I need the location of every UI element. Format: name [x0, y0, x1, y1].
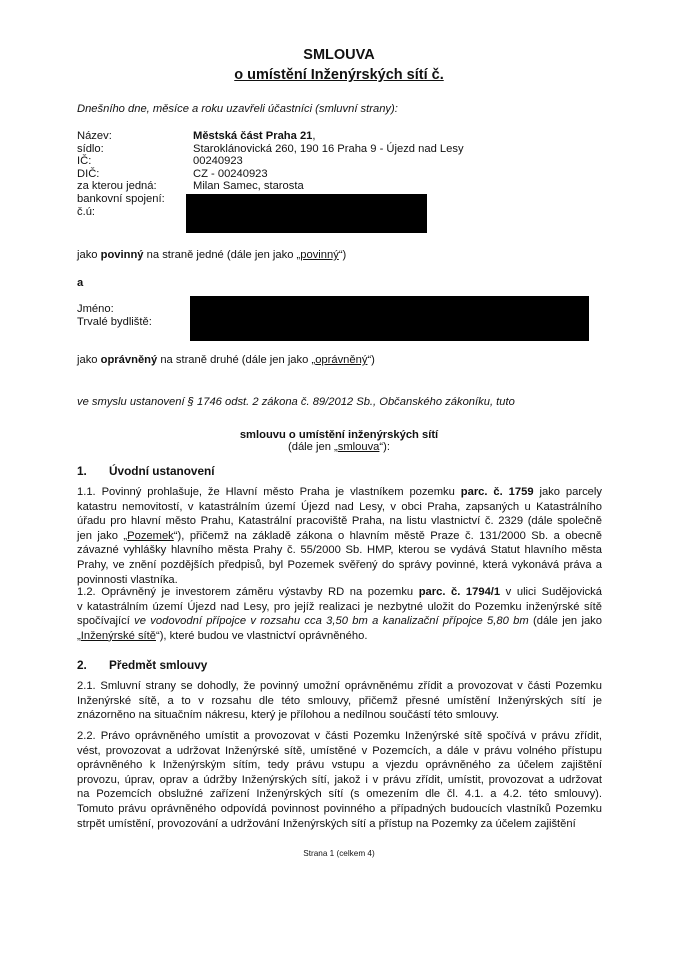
text-run: 2.1. Smluvní strany se dohodly, že povin…: [77, 680, 602, 692]
party1-dic: CZ - 00240923: [193, 168, 268, 181]
role-prefix: jako: [77, 249, 101, 261]
paragraph-line: 2.2. Právo oprávněného umístit a provozo…: [77, 729, 602, 744]
text-run: katastru nemovitostí, v katastrálním úze…: [77, 501, 602, 513]
role-bold: povinný: [101, 249, 144, 261]
text-run: 1.1. Povinný prohlašuje, že Hlavní město…: [77, 486, 461, 498]
section-2-heading: 2.Předmět smlouvy: [77, 658, 207, 672]
paragraph-line: úřadu pro hlavní město Prahu, Katastráln…: [77, 514, 602, 529]
text-run: provozu, úprav, oprav a údržby Inženýrsk…: [77, 774, 602, 786]
text-run: “), které budou ve vlastnictví oprávněné…: [156, 630, 367, 642]
text-run: Tomuto právu oprávněného odpovídá povinn…: [77, 803, 602, 815]
section-1-heading: 1.Úvodní ustanovení: [77, 464, 215, 478]
bold-run: parc. č. 1759: [461, 486, 534, 498]
alias-prefix: (dále jen „: [288, 441, 338, 453]
paragraph-line: „Inženýrské sítě“), které budou ve vlast…: [77, 629, 602, 644]
paragraph-line: Inženýrské sítě, a to v rozsahu dle této…: [77, 694, 602, 709]
document-page: SMLOUVA o umístění Inženýrských sítí č. …: [0, 0, 678, 960]
role-middle: na straně druhé (dále jen jako „: [157, 354, 315, 366]
party1-name: Městská část Praha 21: [193, 130, 312, 142]
section-title: Předmět smlouvy: [109, 658, 207, 672]
text-run: spočívající: [77, 615, 134, 627]
party2-role: jako oprávněný na straně druhé (dále jen…: [77, 354, 375, 367]
role-suffix: “): [339, 249, 346, 261]
party1-ic: 00240923: [193, 155, 243, 168]
role-middle: na straně jedné (dále jen jako „: [144, 249, 301, 261]
role-alias: povinný: [300, 249, 339, 261]
party1-label-seat: sídlo:: [77, 143, 104, 156]
text-run: jako parcely: [534, 486, 602, 498]
defined-term: Inženýrské sítě: [81, 630, 156, 642]
paragraph-line: jen jako „Pozemek“), přičemž na základě …: [77, 529, 602, 544]
party1-role: jako povinný na straně jedné (dále jen j…: [77, 249, 346, 262]
text-run: jen jako „: [77, 530, 127, 542]
role-prefix: jako: [77, 354, 101, 366]
text-run: na Pozemcích obslužné zařízení Inženýrsk…: [77, 788, 602, 800]
alias-suffix: “):: [379, 441, 390, 453]
text-run: úřadu pro hlavní město Prahu, Katastráln…: [77, 515, 602, 527]
paragraph-2-2: 2.2. Právo oprávněného umístit a provozo…: [77, 729, 602, 831]
italic-run: ve vodovodní přípojce v rozsahu cca 3,50…: [134, 615, 529, 627]
paragraph-2-1: 2.1. Smluvní strany se dohodly, že povin…: [77, 679, 602, 723]
role-alias: oprávněný: [315, 354, 367, 366]
paragraph-1-2: 1.2. Oprávněný je investorem záměru výst…: [77, 585, 602, 643]
party1-representative: Milan Samec, starosta: [193, 180, 304, 193]
bold-run: parc. č. 1794/1: [419, 586, 500, 598]
role-suffix: “): [367, 354, 374, 366]
text-run: (dále jen jako: [529, 615, 602, 627]
party1-label-account: č.ú:: [77, 206, 95, 219]
party1-name-value: Městská část Praha 21,: [193, 130, 316, 143]
paragraph-line: v katastrálním území Újezd nad Lesy, pro…: [77, 600, 602, 615]
intro-text: Dnešního dne, měsíce a roku uzavřeli úča…: [77, 103, 398, 116]
paragraph-line: 1.2. Oprávněný je investorem záměru výst…: [77, 585, 602, 600]
party1-name-suffix: ,: [312, 130, 315, 142]
paragraph-line: Prahy, ve znění pozdějších předpisů, byl…: [77, 558, 602, 573]
paragraph-line: oprávněného k Inženýrským sítím, tedy pr…: [77, 758, 602, 773]
text-run: v ulici Sudějovická: [500, 586, 602, 598]
paragraph-line: spočívající ve vodovodní přípojce v rozs…: [77, 614, 602, 629]
document-title: SMLOUVA: [0, 47, 678, 63]
defined-term: Pozemek: [127, 530, 174, 542]
paragraph-line: závazné vyhlášky hlavního města Prahy č.…: [77, 543, 602, 558]
paragraph-line: vést, provozovat a udržovat Inženýrské s…: [77, 744, 602, 759]
redaction-bank-details: [186, 194, 427, 233]
text-run: v katastrálním území Újezd nad Lesy, pro…: [77, 601, 602, 613]
document-subtitle: o umístění Inženýrských sítí č.: [0, 67, 678, 83]
redaction-party2-details: [190, 296, 589, 341]
party1-label-dic: DIČ:: [77, 168, 99, 181]
paragraph-line: katastru nemovitostí, v katastrálním úze…: [77, 500, 602, 515]
party1-label-ic: IČ:: [77, 155, 91, 168]
role-bold: oprávněný: [101, 354, 158, 366]
paragraph-line: strpět umístění, provozování a udržování…: [77, 817, 602, 832]
section-title: Úvodní ustanovení: [109, 464, 215, 478]
paragraph-line: Tomuto právu oprávněného odpovídá povinn…: [77, 802, 602, 817]
section-number: 2.: [77, 658, 109, 672]
section-number: 1.: [77, 464, 109, 478]
page-footer: Strana 1 (celkem 4): [0, 849, 678, 858]
party2-label-name: Jméno:: [77, 303, 114, 316]
party1-label-name: Název:: [77, 130, 112, 143]
text-run: Inženýrské sítě, a to v rozsahu dle této…: [77, 695, 602, 707]
party1-label-representative: za kterou jedná:: [77, 180, 157, 193]
legal-basis: ve smyslu ustanovení § 1746 odst. 2 záko…: [77, 396, 515, 409]
text-run: znázorněno na situačním nákresu, který j…: [77, 709, 499, 721]
text-run: povinnosti vlastníka.: [77, 574, 178, 586]
paragraph-line: 1.1. Povinný prohlašuje, že Hlavní město…: [77, 485, 602, 500]
paragraph-line: 2.1. Smluvní strany se dohodly, že povin…: [77, 679, 602, 694]
paragraph-line: provozu, úprav, oprav a údržby Inženýrsk…: [77, 773, 602, 788]
paragraph-line: na Pozemcích obslužné zařízení Inženýrsk…: [77, 787, 602, 802]
paragraph-line: znázorněno na situačním nákresu, který j…: [77, 708, 602, 723]
party2-label-residence: Trvalé bydliště:: [77, 316, 152, 329]
party1-label-bank: bankovní spojení:: [77, 193, 165, 206]
text-run: vést, provozovat a udržovat Inženýrské s…: [77, 745, 602, 757]
text-run: závazné vyhlášky hlavního města Prahy č.…: [77, 544, 602, 556]
text-run: Prahy, ve znění pozdějších předpisů, byl…: [77, 559, 602, 571]
text-run: strpět umístění, provozování a udržování…: [77, 818, 576, 830]
contract-alias: (dále jen „smlouva“):: [0, 441, 678, 454]
alias-term: smlouva: [338, 441, 380, 453]
conjunction: a: [77, 277, 83, 290]
text-run: 2.2. Právo oprávněného umístit a provozo…: [77, 730, 602, 742]
paragraph-1-1: 1.1. Povinný prohlašuje, že Hlavní město…: [77, 485, 602, 587]
text-run: 1.2. Oprávněný je investorem záměru výst…: [77, 586, 419, 598]
text-run: oprávněného k Inženýrským sítím, tedy pr…: [77, 759, 602, 771]
text-run: “), přičemž na základě zákona o hlavním …: [174, 530, 602, 542]
contract-name: smlouvu o umístění inženýrských sítí: [0, 429, 678, 442]
party1-address: Staroklánovická 260, 190 16 Praha 9 - Új…: [193, 143, 464, 156]
